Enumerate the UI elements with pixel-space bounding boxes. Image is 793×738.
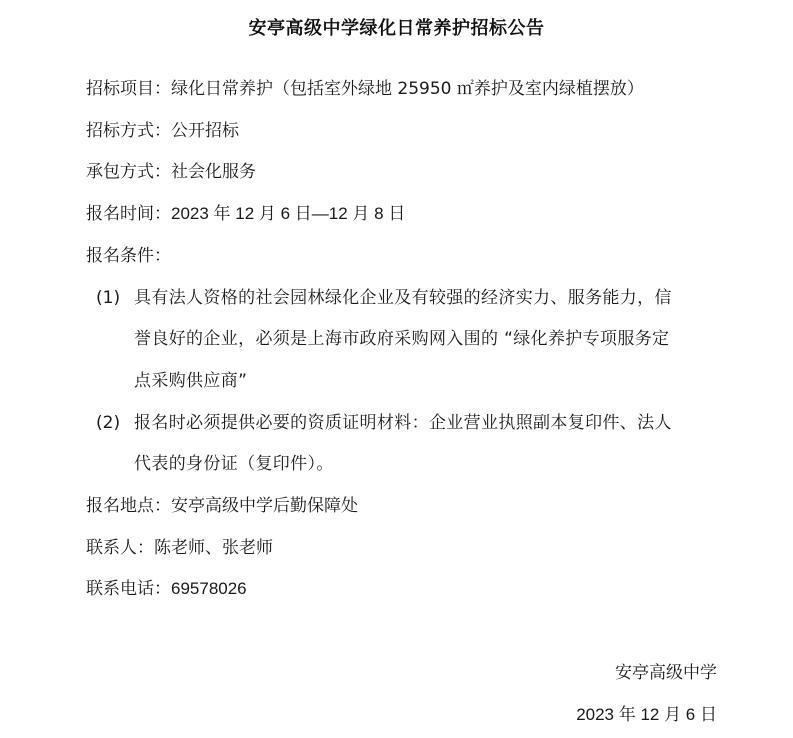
document-title: 安亭高级中学绿化日常养护招标公告 xyxy=(0,14,793,40)
condition-line: 代表的身份证（复印件）。 xyxy=(134,452,334,476)
field-registration-location: 报名地点：安亭高级中学后勤保障处 xyxy=(86,494,358,518)
field-label: 联系电话： xyxy=(86,579,171,599)
field-conditions-heading: 报名条件： xyxy=(86,244,171,268)
field-method: 招标方式：公开招标 xyxy=(86,119,239,143)
field-label: 报名时间： xyxy=(86,204,171,224)
field-contract: 承包方式：社会化服务 xyxy=(86,160,256,184)
field-contact-person: 联系人：陈老师、张老师 xyxy=(86,536,273,560)
signature-organization: 安亭高级中学 xyxy=(615,661,717,685)
field-label: 联系人： xyxy=(86,538,154,558)
condition-line: 具有法人资格的社会园林绿化企业及有较强的经济实力、服务能力，信 xyxy=(134,286,672,310)
field-label: 承包方式： xyxy=(86,162,171,182)
signature-date: 2023 年 12 月 6 日 xyxy=(576,703,717,727)
field-label: 招标方式： xyxy=(86,121,171,141)
field-registration-time: 报名时间：2023 年 12 月 6 日—12 月 8 日 xyxy=(86,202,405,226)
condition-line: 点采购供应商” xyxy=(134,369,247,393)
condition-line: 报名时必须提供必要的资质证明材料：企业营业执照副本复印件、法人 xyxy=(134,411,672,435)
field-value: 社会化服务 xyxy=(171,162,256,182)
field-label: 报名地点： xyxy=(86,496,171,516)
condition-number: (2) xyxy=(96,411,120,435)
field-value: 公开招标 xyxy=(171,121,239,141)
field-value: 安亭高级中学后勤保障处 xyxy=(171,496,358,516)
field-value: 绿化日常养护（包括室外绿地 25950 ㎡养护及室内绿植摆放） xyxy=(171,79,644,99)
field-label: 报名条件： xyxy=(86,246,171,266)
field-value: 陈老师、张老师 xyxy=(154,538,273,558)
field-project: 招标项目：绿化日常养护（包括室外绿地 25950 ㎡养护及室内绿植摆放） xyxy=(86,77,644,101)
condition-line: 誉良好的企业，必须是上海市政府采购网入围的 “绿化养护专项服务定 xyxy=(134,327,669,351)
field-value: 69578026 xyxy=(171,579,247,598)
condition-number: (1) xyxy=(96,286,120,310)
field-contact-phone: 联系电话：69578026 xyxy=(86,577,247,601)
field-label: 招标项目： xyxy=(86,79,171,99)
field-value: 2023 年 12 月 6 日—12 月 8 日 xyxy=(171,204,405,223)
